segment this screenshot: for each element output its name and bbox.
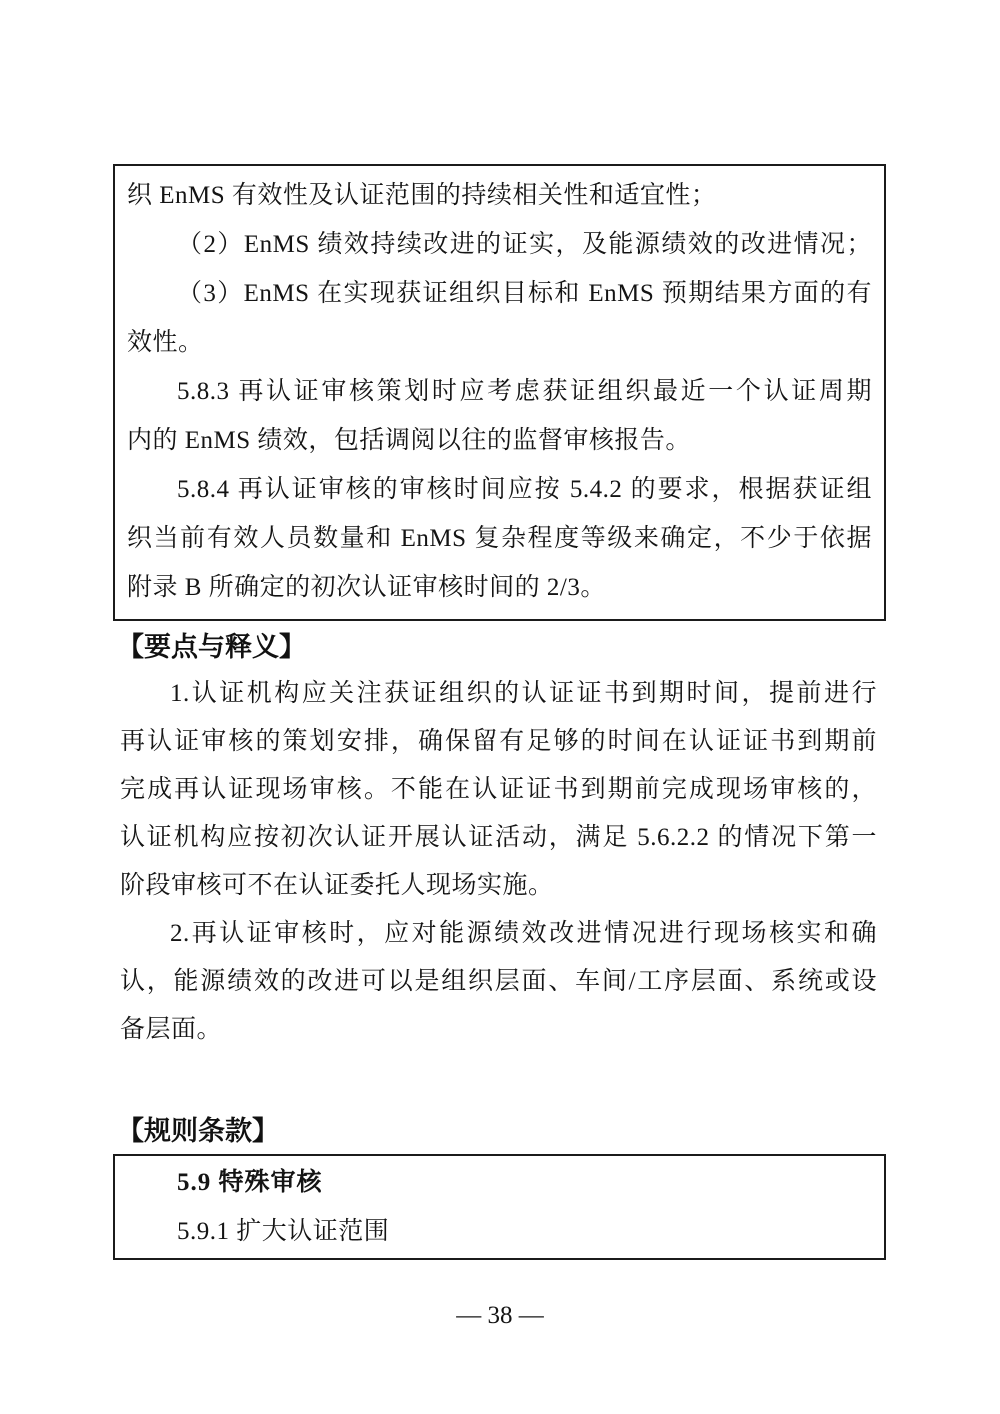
body-text-line: 2.再认证审核时，应对能源绩效改进情况进行现场核实和确 bbox=[120, 910, 877, 958]
rule-text-line: 5.8.3 再认证审核策划时应考虑获证组织最近一个认证周期 bbox=[127, 367, 872, 416]
body-text-line: 认证机构应按初次认证开展认证活动，满足 5.6.2.2 的情况下第一 bbox=[120, 814, 877, 862]
body-text-line: 阶段审核可不在认证委托人现场实施。 bbox=[120, 862, 877, 910]
section-heading-key-points: 【要点与释义】 bbox=[117, 630, 306, 664]
key-points-paragraphs: 1.认证机构应关注获证组织的认证证书到期时间，提前进行 再认证审核的策划安排，确… bbox=[120, 670, 877, 1054]
body-text-line: 1.认证机构应关注获证组织的认证证书到期时间，提前进行 bbox=[120, 670, 877, 718]
body-text-line: 认，能源绩效的改进可以是组织层面、车间/工序层面、系统或设 bbox=[120, 958, 877, 1006]
rule-text-line: 织 EnMS 有效性及认证范围的持续相关性和适宜性； bbox=[127, 171, 872, 220]
document-page: 织 EnMS 有效性及认证范围的持续相关性和适宜性； （2）EnMS 绩效持续改… bbox=[0, 0, 1000, 1414]
page-number: — 38 — bbox=[0, 1296, 1000, 1336]
rule-excerpt-box-5-8: 织 EnMS 有效性及认证范围的持续相关性和适宜性； （2）EnMS 绩效持续改… bbox=[113, 164, 886, 621]
rule-text-line: 5.8.4 再认证审核的审核时间应按 5.4.2 的要求，根据获证组 bbox=[127, 465, 872, 514]
rule-text-line: 效性。 bbox=[127, 318, 872, 367]
section-heading-rule-clause: 【规则条款】 bbox=[117, 1114, 279, 1148]
rule-text-line: 织当前有效人员数量和 EnMS 复杂程度等级来确定，不少于依据 bbox=[127, 514, 872, 563]
body-text-line: 再认证审核的策划安排，确保留有足够的时间在认证证书到期前 bbox=[120, 718, 877, 766]
body-text-line: 备层面。 bbox=[120, 1006, 877, 1054]
body-text-line: 完成再认证现场审核。不能在认证证书到期前完成现场审核的， bbox=[120, 766, 877, 814]
rule-text-line: （3）EnMS 在实现获证组织目标和 EnMS 预期结果方面的有 bbox=[127, 269, 872, 318]
rule-text-line: 内的 EnMS 绩效，包括调阅以往的监督审核报告。 bbox=[127, 416, 872, 465]
clause-title: 5.9 特殊审核 bbox=[127, 1158, 872, 1207]
rule-text-line: （2）EnMS 绩效持续改进的证实，及能源绩效的改进情况； bbox=[127, 220, 872, 269]
clause-subtitle: 5.9.1 扩大认证范围 bbox=[127, 1207, 872, 1256]
rule-text-line: 附录 B 所确定的初次认证审核时间的 2/3。 bbox=[127, 563, 872, 612]
rule-excerpt-box-5-9: 5.9 特殊审核 5.9.1 扩大认证范围 bbox=[113, 1154, 886, 1260]
